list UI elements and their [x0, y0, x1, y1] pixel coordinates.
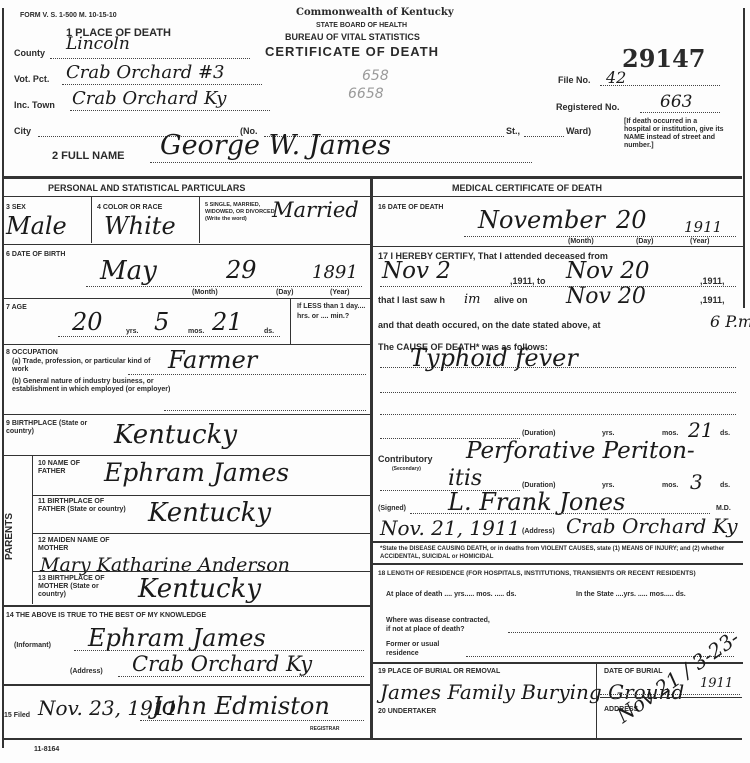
pencil-note-2: 6658 — [348, 86, 384, 102]
at-place-label: At place of death .... yrs..... mos. ...… — [386, 590, 556, 599]
file-no-label: File No. — [558, 75, 591, 85]
occupation-b-label: (b) General nature of industry business,… — [12, 378, 172, 394]
residence-heading: 18 LENGTH OF RESIDENCE (FOR HOSPITALS, I… — [378, 570, 738, 578]
parents-label: PARENTS — [4, 513, 15, 560]
street-label: St., — [506, 126, 520, 136]
header-rule — [2, 176, 742, 179]
file-no-value: 42 — [606, 68, 626, 87]
last-saw-date: Nov 20 — [566, 284, 646, 309]
occupation-value: Farmer — [168, 346, 257, 374]
city-label: City — [14, 126, 31, 136]
inc-town-value: Crab Orchard Ky — [72, 88, 226, 109]
signed-address-value: Crab Orchard Ky — [566, 514, 738, 538]
county-value: Lincoln — [66, 34, 130, 54]
bureau-name: BUREAU OF VITAL STATISTICS — [285, 32, 420, 42]
attended-to: Nov 20 — [566, 258, 650, 284]
sex-label: 3 SEX — [6, 204, 26, 211]
certificate-number: 29147 — [622, 44, 706, 73]
county-label: County — [14, 48, 45, 58]
last-saw-pronoun: im — [464, 292, 481, 307]
informant-address-label: (Address) — [70, 668, 103, 675]
registrar-value: John Edmiston — [152, 692, 330, 720]
birthplace-label: 9 BIRTHPLACE (State or country) — [6, 420, 96, 436]
registered-no-value: 663 — [660, 92, 692, 112]
burial-date-label: DATE OF BURIAL — [604, 668, 663, 675]
md-label: M.D. — [716, 505, 731, 512]
dod-month-caption: (Month) — [568, 238, 594, 245]
secondary-label: (Secondary) — [392, 466, 421, 472]
sex-value: Male — [6, 212, 67, 240]
signed-date: Nov. 21, 1911 — [380, 516, 520, 540]
year-caption: (Year) — [330, 289, 349, 296]
registered-no-label: Registered No. — [556, 102, 620, 112]
pencil-note-1: 658 — [362, 68, 389, 84]
ds-label: ds. — [264, 328, 274, 335]
last-saw-year: ,1911, — [700, 295, 725, 305]
burial-label: 19 PLACE OF BURIAL OR REMOVAL — [378, 668, 500, 675]
day-caption: (Day) — [276, 289, 294, 296]
month-caption: (Month) — [192, 289, 218, 296]
filed-label: 15 Filed — [4, 712, 30, 719]
dob-day: 29 — [226, 256, 257, 284]
mother-name-label: 12 MAIDEN NAME OF MOTHER — [38, 537, 128, 553]
commonwealth-title: Commonwealth of Kentucky — [296, 7, 454, 18]
contributory-label: Contributory — [378, 454, 433, 464]
last-saw-mid: alive on — [494, 295, 528, 305]
father-name-label: 10 NAME OF FATHER — [38, 460, 104, 476]
age-years: 20 — [72, 308, 103, 336]
duration-2-mos: mos. — [662, 482, 678, 489]
attended-from-year: ,1911, to — [510, 276, 546, 286]
form-number: FORM V. S. 1-500 M. 10-15-10 — [20, 12, 117, 19]
registrar-label: REGISTRAR — [310, 726, 339, 732]
attended-to-year: ,1911, — [700, 276, 725, 286]
age-months: 5 — [154, 308, 169, 336]
dod-day-caption: (Day) — [636, 238, 654, 245]
form-code: 11-8164 — [34, 746, 59, 753]
father-name-value: Ephram James — [104, 458, 289, 487]
age-label: 7 AGE — [6, 304, 27, 311]
attended-from: Nov 2 — [382, 258, 451, 284]
state-board: STATE BOARD OF HEALTH — [316, 22, 407, 29]
death-time: 6 P.m. — [710, 312, 750, 331]
signed-value: L. Frank Jones — [448, 488, 625, 516]
informant-label: (Informant) — [14, 642, 51, 649]
center-divider — [370, 178, 373, 738]
contributory-value-1: Perforative Periton- — [466, 438, 695, 464]
death-certificate: FORM V. S. 1-500 M. 10-15-10 Commonwealt… — [0, 0, 750, 763]
dob-year: 1891 — [312, 262, 358, 283]
father-birthplace-label: 11 BIRTHPLACE OF FATHER (State or countr… — [38, 498, 128, 514]
occupation-label: 8 OCCUPATION — [6, 349, 58, 356]
dod-day: 20 — [616, 206, 647, 234]
birthplace-value: Kentucky — [114, 420, 237, 450]
dob-month: May — [100, 256, 157, 286]
last-saw-label: that I last saw h — [378, 295, 445, 305]
signed-label: (Signed) — [378, 505, 406, 512]
contracted-label: Where was disease contracted, if not at … — [386, 616, 496, 634]
age-days: 21 — [212, 308, 243, 336]
certificate-title: CERTIFICATE OF DEATH — [265, 44, 439, 59]
medical-heading: MEDICAL CERTIFICATE OF DEATH — [452, 183, 602, 193]
duration-1-yrs: yrs. — [602, 430, 614, 437]
duration-label-1: (Duration) — [522, 430, 555, 437]
yrs-label: yrs. — [126, 328, 138, 335]
death-occurred-label: and that death occured, on the date stat… — [378, 320, 601, 330]
burial-date-value: 1911 — [700, 676, 733, 691]
left-border — [2, 8, 4, 748]
duration-2-days: 3 — [690, 470, 703, 494]
inc-town-label: Inc. Town — [14, 100, 55, 110]
mother-birthplace-value: Kentucky — [138, 574, 261, 604]
mother-name-value: Mary Katharine Anderson — [40, 554, 290, 576]
hospital-note: [If death occurred in a hospital or inst… — [624, 118, 724, 150]
duration-1-ds: ds. — [720, 430, 730, 437]
personal-heading: PERSONAL AND STATISTICAL PARTICULARS — [48, 183, 245, 193]
dod-year-caption: (Year) — [690, 238, 709, 245]
race-label: 4 COLOR OR RACE — [97, 204, 162, 211]
full-name-label: 2 FULL NAME — [52, 150, 125, 162]
former-residence-label: Former or usual residence — [386, 640, 466, 658]
duration-2-ds: ds. — [720, 482, 730, 489]
less-than-day: If LESS than 1 day.... hrs. or .... min.… — [297, 302, 367, 322]
dod-month: November — [478, 206, 605, 234]
occupation-a-label: (a) Trade, profession, or particular kin… — [12, 358, 162, 374]
right-border — [743, 8, 745, 308]
undertaker-label: 20 UNDERTAKER — [378, 708, 436, 715]
informant-value: Ephram James — [88, 624, 266, 652]
marital-value: Married — [272, 198, 359, 222]
vot-pct-label: Vot. Pct. — [14, 74, 49, 84]
full-name-value: George W. James — [160, 130, 391, 161]
vot-pct-value: Crab Orchard #3 — [66, 62, 225, 83]
in-state-label: In the State ....yrs. ..... mos..... ds. — [576, 590, 746, 599]
father-birthplace-value: Kentucky — [148, 498, 271, 528]
informant-address-value: Crab Orchard Ky — [132, 652, 312, 676]
informant-heading: 14 THE ABOVE IS TRUE TO THE BEST OF MY K… — [6, 612, 206, 619]
dod-label: 16 DATE OF DEATH — [378, 204, 443, 211]
signed-address-label: (Address) — [522, 528, 555, 535]
duration-1-mos: mos. — [662, 430, 678, 437]
race-value: White — [104, 212, 176, 240]
dod-year: 1911 — [684, 218, 722, 236]
ward-label: Ward) — [566, 126, 591, 136]
dob-label: 6 DATE OF BIRTH — [6, 251, 65, 258]
cause-footnote: *State the DISEASE CAUSING DEATH, or in … — [380, 545, 740, 561]
mother-birthplace-label: 13 BIRTHPLACE OF MOTHER (State or countr… — [38, 575, 128, 599]
mos-label: mos. — [188, 328, 204, 335]
